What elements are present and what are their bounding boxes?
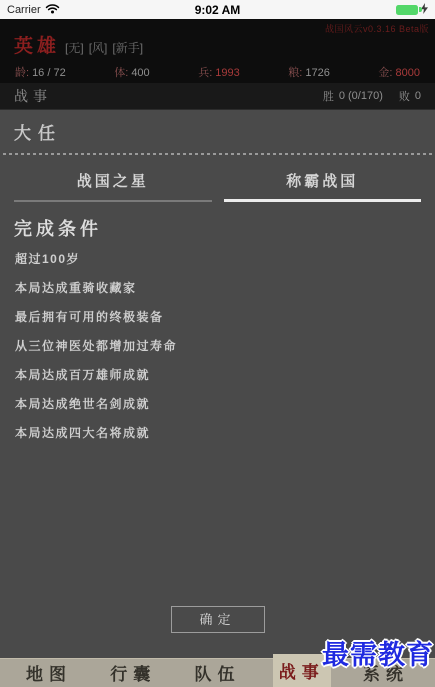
clock-label: 9:02 AM bbox=[0, 3, 435, 17]
hero-stats: 龄:16 / 72 体:400 兵:1993 粮:1726 金:8000 bbox=[0, 64, 435, 80]
completion-conditions-title: 完成条件 bbox=[14, 215, 421, 241]
condition-item: 最后拥有可用的终极装备 bbox=[15, 303, 435, 332]
nav-item-team[interactable]: 队伍 bbox=[189, 658, 247, 687]
carrier-label: Carrier bbox=[7, 4, 41, 16]
mission-title: 大任 bbox=[0, 110, 435, 144]
condition-item: 本局达成四大名将成就 bbox=[15, 419, 435, 448]
mission-tabs: 战国之星 称霸战国 bbox=[0, 155, 435, 202]
status-bar: Carrier 9:02 AM bbox=[0, 0, 435, 19]
mission-panel: 大任 战国之星 称霸战国 完成条件 超过100岁 本局达成重骑收藏家 最后拥有可… bbox=[0, 110, 435, 658]
confirm-button[interactable]: 确定 bbox=[171, 606, 265, 633]
game-screen: Carrier 9:02 AM 战国风云v0.3.16 Beta版 英雄 bbox=[0, 0, 435, 687]
condition-item: 超过100岁 bbox=[15, 245, 435, 274]
nav-item-map[interactable]: 地图 bbox=[20, 658, 78, 687]
loss-value: 0 bbox=[415, 90, 421, 102]
war-record: 胜 0 (0/170) 败 0 bbox=[323, 88, 421, 104]
condition-item: 本局达成百万雄师成就 bbox=[15, 361, 435, 390]
win-label: 胜 bbox=[323, 88, 334, 104]
stat-age: 龄:16 / 72 bbox=[15, 64, 66, 80]
war-bar: 战事 胜 0 (0/170) 败 0 bbox=[0, 83, 435, 110]
hero-tag: [新手] bbox=[112, 39, 143, 56]
stat-body: 体:400 bbox=[114, 64, 149, 80]
condition-item: 从三位神医处都增加过寿命 bbox=[15, 332, 435, 361]
condition-item: 本局达成重骑收藏家 bbox=[15, 274, 435, 303]
stat-gold: 金:8000 bbox=[378, 64, 420, 80]
stat-troops: 兵:1993 bbox=[198, 64, 240, 80]
tab-dominate-zhanguo[interactable]: 称霸战国 bbox=[224, 162, 422, 202]
stat-food: 粮:1726 bbox=[288, 64, 330, 80]
charging-bolt-icon bbox=[421, 1, 428, 19]
hero-header: 战国风云v0.3.16 Beta版 英雄 [无] [风] [新手] 龄:16 /… bbox=[0, 19, 435, 83]
win-value: 0 (0/170) bbox=[339, 90, 383, 102]
watermark: 最需教育 bbox=[322, 633, 434, 672]
hero-tag: [风] bbox=[89, 39, 108, 56]
hero-title: 英雄 bbox=[14, 31, 60, 58]
hero-tag: [无] bbox=[65, 39, 84, 56]
loss-label: 败 bbox=[399, 88, 410, 104]
war-bar-title: 战事 bbox=[14, 86, 52, 106]
wifi-icon bbox=[45, 1, 60, 19]
condition-list: 超过100岁 本局达成重骑收藏家 最后拥有可用的终极装备 从三位神医处都增加过寿… bbox=[15, 245, 435, 448]
battery-icon bbox=[396, 5, 418, 15]
nav-item-bag[interactable]: 行囊 bbox=[104, 658, 162, 687]
tab-zhanguo-star[interactable]: 战国之星 bbox=[14, 162, 212, 202]
version-label: 战国风云v0.3.16 Beta版 bbox=[325, 22, 429, 35]
condition-item: 本局达成绝世名剑成就 bbox=[15, 390, 435, 419]
